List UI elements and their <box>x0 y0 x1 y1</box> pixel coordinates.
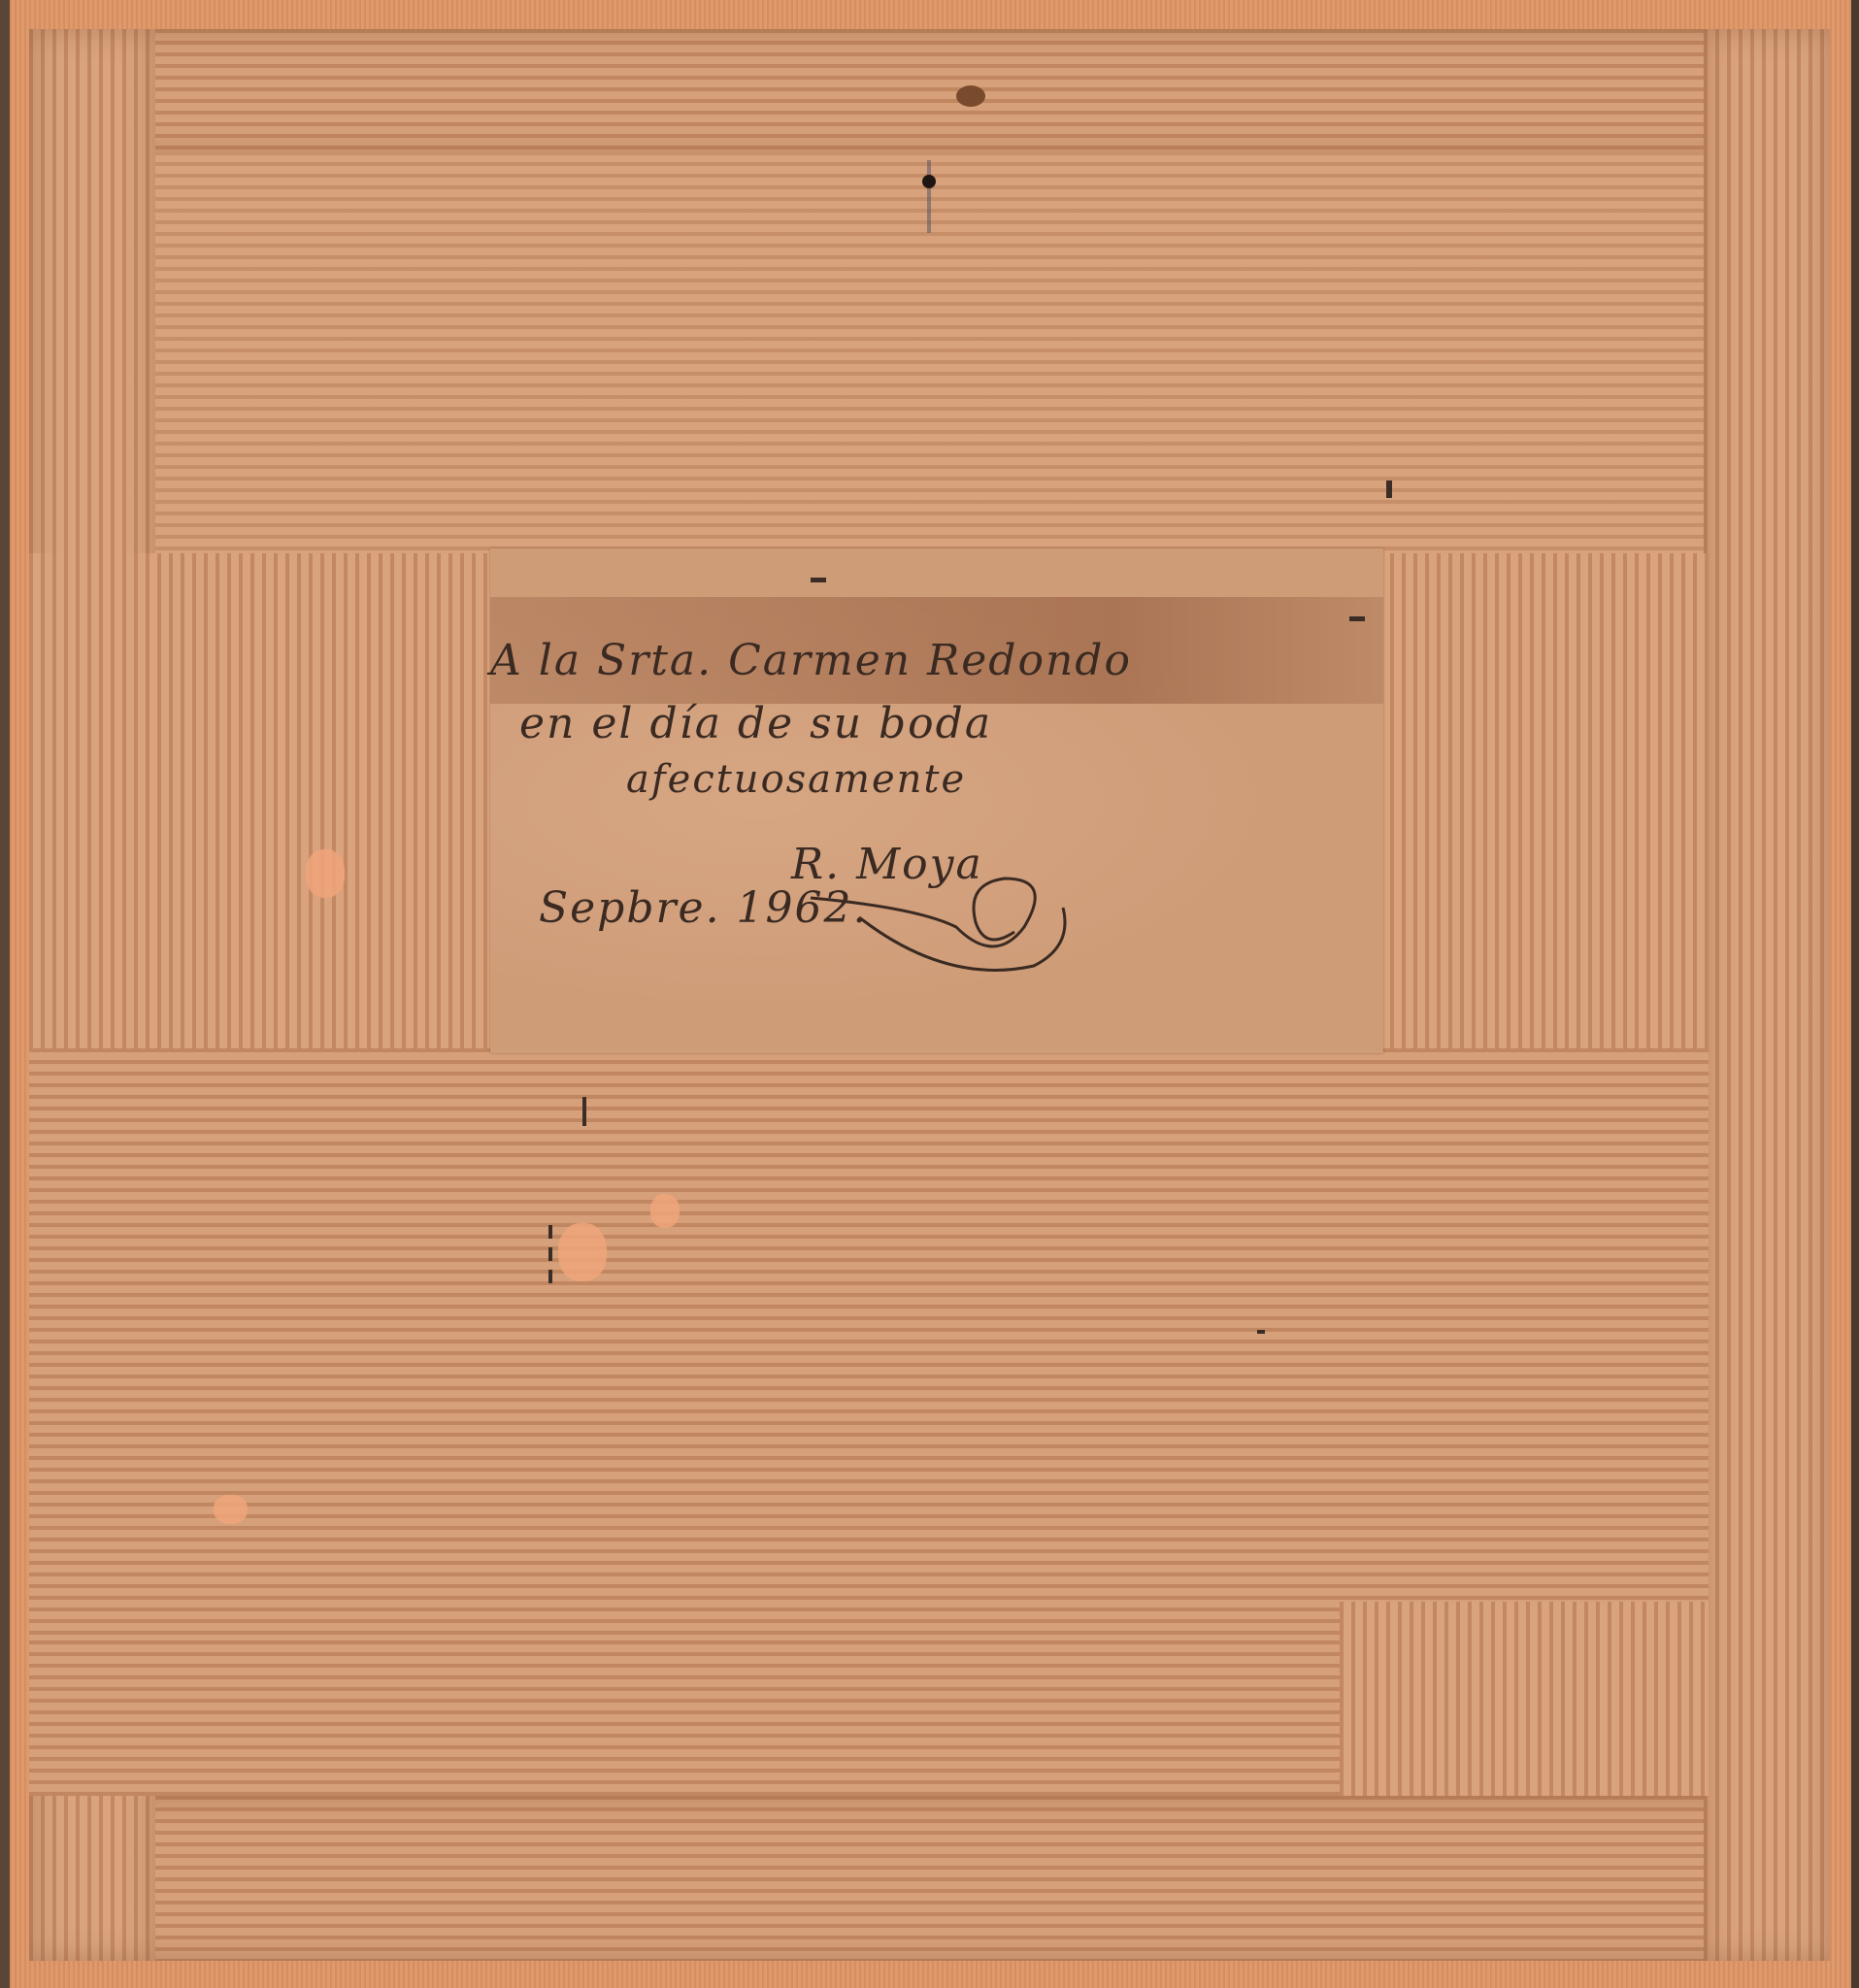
tape-lower-horizontal <box>29 1048 1709 1650</box>
staple-mark <box>1349 616 1365 621</box>
paper-chip <box>306 849 345 898</box>
staple-mark <box>548 1270 552 1283</box>
staple-mark <box>582 1097 586 1126</box>
tape-bottom-left <box>29 1640 1369 1796</box>
picture-frame: A la Srta. Carmen Redondo en el día de s… <box>0 0 1859 1988</box>
tape-middle-left <box>29 553 495 1058</box>
tape-right <box>1704 29 1830 1961</box>
dedication-line-1: A la Srta. Carmen Redondo <box>490 636 1132 685</box>
staple-mark <box>1257 1330 1265 1334</box>
staple-mark <box>548 1247 552 1261</box>
nail-streak <box>927 160 931 233</box>
paper-chip <box>650 1194 680 1228</box>
frame-edge-right <box>1851 0 1859 1988</box>
dedication-card: A la Srta. Carmen Redondo en el día de s… <box>490 548 1383 1053</box>
staple-mark <box>548 1225 552 1239</box>
paper-chip <box>214 1495 248 1524</box>
nail-hole-icon <box>922 175 936 188</box>
paper-knot <box>956 85 985 107</box>
staple-mark <box>1386 480 1392 498</box>
tape-middle-right <box>1378 553 1709 1058</box>
tape-bottom-right <box>1340 1602 1709 1796</box>
staple-mark <box>811 578 826 582</box>
tape-top <box>29 29 1830 155</box>
dedication-date: Sepbre. 1962. <box>539 883 869 933</box>
dedication-line-3: afectuosamente <box>626 757 966 802</box>
dedication-line-2: en el día de su boda <box>519 699 992 748</box>
paper-chip <box>558 1223 607 1281</box>
frame-edge-left <box>0 0 10 1988</box>
tape-bottom <box>29 1796 1830 1961</box>
